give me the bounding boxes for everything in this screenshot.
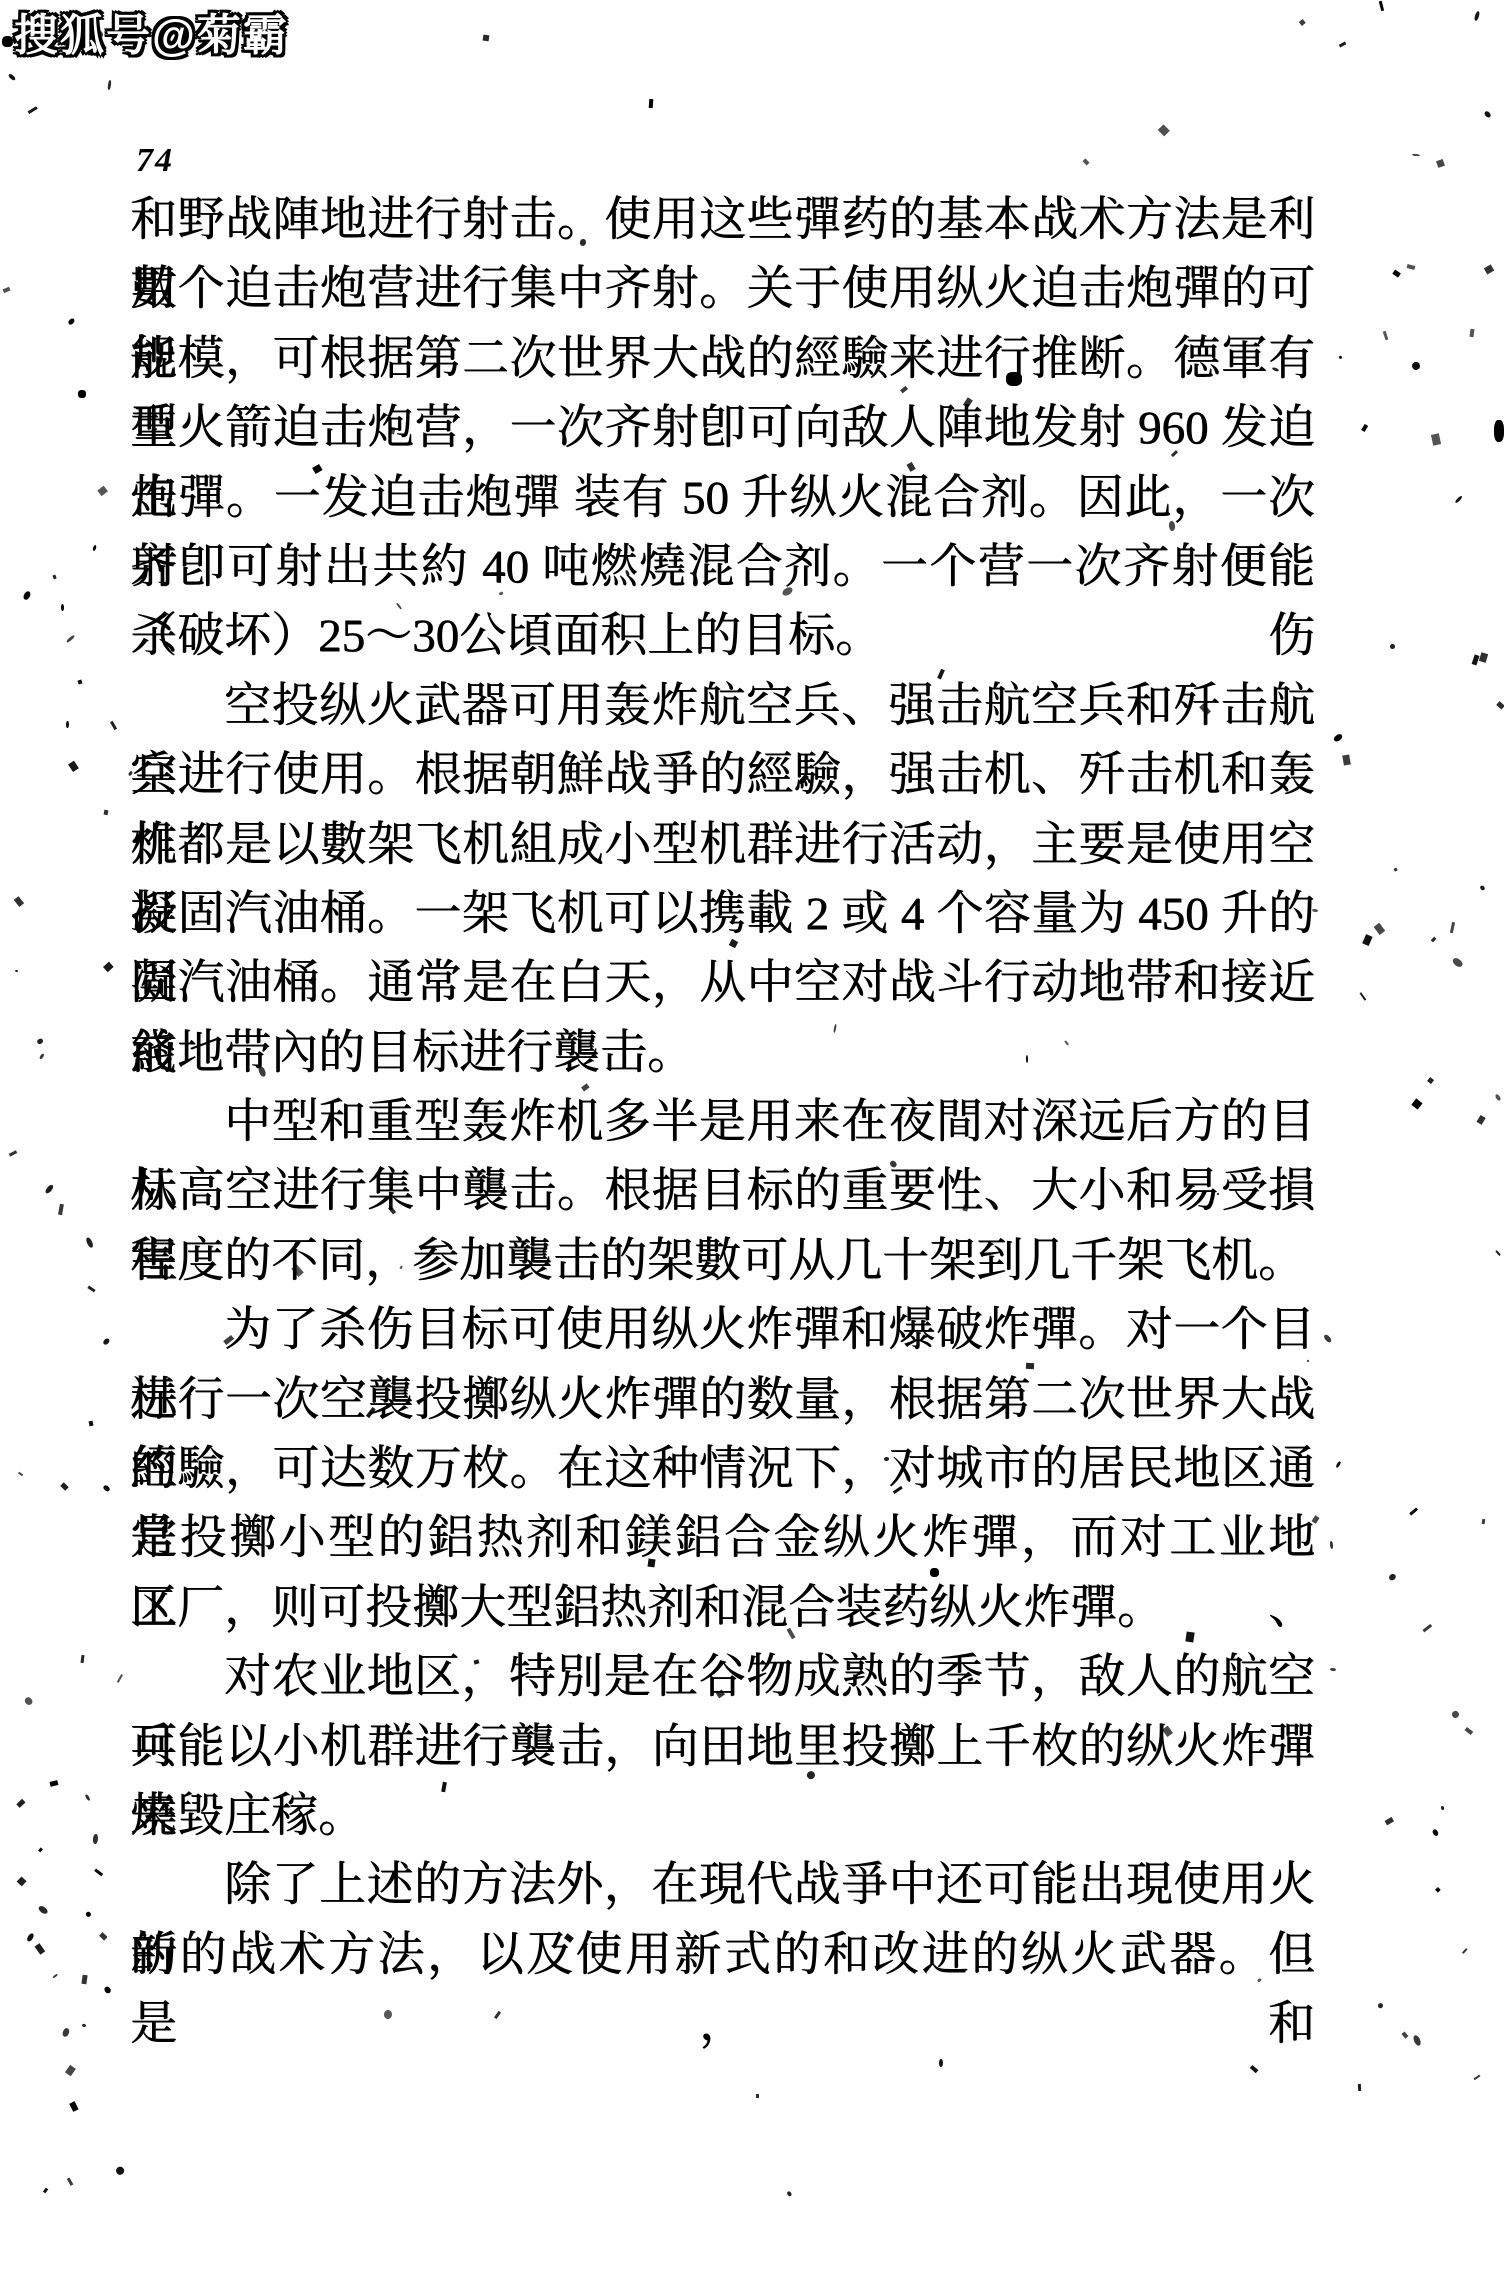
scan-speck [1379,1,1384,12]
scan-speck [52,575,56,579]
ink-blot [78,390,86,398]
scan-speck [103,962,113,972]
text-line: 炮彈。一发迫击炮彈 装有 50 升纵火混合剂。因此，一次齐 [130,464,1315,533]
scan-speck [80,1655,84,1664]
scan-speck [9,1150,17,1156]
text-line: 除了上述的方法外，在現代战爭中还可能出現使用火的 [130,1851,1315,1920]
scan-speck [39,1053,45,1059]
scan-speck [1495,1250,1501,1256]
scan-speck [1411,1098,1422,1109]
scan-speck [17,1877,27,1887]
scan-speck [1441,1806,1445,1810]
text-line: 綫地带內的目标进行襲击。 [130,1019,1315,1088]
scan-speck [1451,1710,1460,1719]
text-line: 新的战术方法，以及使用新式的和改进的纵火武器。但是，和 [130,1921,1315,1990]
scan-speck [1454,495,1463,504]
scan-speck [1330,1668,1336,1672]
scan-speck [1494,1093,1501,1101]
scan-speck [49,1780,58,1787]
page-number: 74 [136,142,174,180]
scan-speck [65,2065,76,2076]
scan-speck [1409,1507,1418,1515]
ink-blot [2,36,13,47]
scan-speck [92,545,97,552]
scan-speck [1385,1817,1394,1825]
scan-speck [1335,1461,1341,1468]
scan-speck [102,1484,110,1492]
scan-speck [1342,754,1351,765]
scan-speck [102,1337,111,1346]
scan-speck [1427,1077,1434,1084]
scan-speck [1158,125,1170,137]
scan-speck [66,721,69,728]
scan-speck [85,1911,92,1918]
scan-speck [43,2188,49,2194]
text-line: 燒毀庄稼。 [130,1782,1315,1851]
scan-speck [68,761,78,772]
scan-speck [67,2177,74,2185]
scan-speck [1479,885,1485,891]
scan-speck [89,1421,94,1427]
text-line: 进行一次空襲投擲纵火炸彈的数量，根据第二次世界大战的 [130,1366,1315,1435]
scan-speck [58,1204,64,1215]
scan-speck [1482,1519,1485,1524]
scan-speck [1250,2065,1259,2073]
scan-speck [78,680,83,685]
scan-speck [756,2094,759,2098]
scan-speck [1412,2034,1421,2046]
scan-speck [18,1472,23,1477]
scan-speck [1476,1115,1486,1125]
scan-speck [97,486,108,497]
scan-speck [1323,1333,1333,1343]
scan-speck [85,1236,94,1248]
scan-speck [1431,1828,1439,1837]
scan-speck [107,80,111,90]
scan-speck [483,35,490,42]
scan-speck [1431,937,1436,943]
scan-speck [939,2059,943,2067]
scan-speck [787,2191,793,2197]
scan-speck [44,1184,54,1194]
scan-speck [52,1973,58,1979]
scan-speck [23,1696,34,1707]
scan-speck [15,970,19,973]
scan-speck [1462,1948,1468,1954]
scan-speck [1479,652,1488,663]
text-line: 經驗，可达数万枚。在这种情況下，对城市的居民地区通常 [130,1435,1315,1504]
scan-speck [104,810,109,816]
scan-speck [22,590,31,600]
scan-speck [1358,2084,1362,2091]
scan-speck [1388,1572,1398,1582]
scan-speck [1361,424,1368,432]
scan-speck [1450,922,1455,933]
scan-speck [1472,654,1480,665]
scan-speck [1401,2031,1408,2038]
text-line: 规模，可根据第二次世界大战的經驗来进行推断。德軍有重 [130,325,1315,394]
scan-speck [27,106,37,114]
text-line: 从高空进行集中襲击。根据目标的重要性、大小和易受損害 [130,1157,1315,1226]
scan-speck [103,1985,112,1994]
scan-speck [1332,733,1343,743]
scan-speck [36,1038,43,1045]
scan-speck [1377,2002,1384,2009]
scan-speck [35,1943,46,1955]
scan-speck [67,317,76,326]
scan-speck [1394,867,1398,871]
scan-speck [117,1674,123,1683]
text-line: 对农业地区，特別是在谷物成熟的季节，敌人的航空兵 [130,1643,1315,1712]
scan-speck [1407,264,1415,269]
scan-speck [114,2165,125,2176]
scan-speck [1360,992,1367,1001]
scan-speck [1412,154,1420,157]
watermark: 搜狐号@菊霸 [14,12,289,60]
text-line: 为了杀伤目标可使用纵火炸彈和爆破炸彈。对一个目标 [130,1296,1315,1365]
scan-speck [1392,269,1401,277]
text-line: 空投纵火武器可用轰炸航空兵、强击航空兵和歼击航空 [130,672,1315,741]
scan-speck [1299,19,1305,26]
scan-speck [94,1869,103,1877]
scan-speck [1435,1887,1441,1893]
text-block: 和野战陣地进行射击。使用这些彈药的基本战术方法是利用數个迫击炮营进行集中齐射。关… [130,186,1315,1990]
scan-speck [1423,1624,1432,1632]
scan-speck [1383,331,1389,340]
scan-speck [1410,360,1421,371]
scan-speck [8,73,17,82]
scan-speck [1390,644,1395,649]
scan-speck [81,1975,87,1985]
scan-speck [1374,923,1385,935]
scan-speck [37,1905,48,1916]
scan-speck [1338,356,1342,360]
scan-speck [1339,42,1346,48]
scan-speck [26,1932,35,1942]
scan-speck [99,1932,107,1940]
scan-speck [66,634,76,643]
scan-speck [110,721,117,730]
scan-speck [38,1847,43,1852]
text-line: 和野战陣地进行射击。使用这些彈药的基本战术方法是利用 [130,186,1315,255]
scan-speck [14,896,25,907]
scan-speck [1451,956,1464,968]
scan-speck [1083,158,1090,165]
text-line: 射卽可射出共約 40 吨燃燒混合剂。一个营一次齐射便能杀伤 [130,533,1315,602]
scan-speck [1470,329,1475,337]
scan-speck [84,1794,91,1802]
scan-speck [16,1799,25,1808]
scan-speck [1474,2075,1481,2081]
text-line: 兵进行使用。根据朝鮮战爭的經驗，强击机、歼击机和轰炸 [130,741,1315,810]
text-line: 固汽油桶。通常是在白天，从中空对战斗行动地带和接近前 [130,949,1315,1018]
scanned-page: 搜狐号@菊霸 74 和野战陣地进行射击。使用这些彈药的基本战术方法是利用數个迫击… [0,0,1504,2288]
scan-speck [3,287,11,293]
scan-speck [60,1482,69,1491]
scan-speck [1483,110,1491,118]
text-line: 工厂，则可投擲大型鋁热剂和混合装药纵火炸彈。 [130,1574,1315,1643]
scan-speck [61,604,64,611]
scan-speck [1496,701,1504,710]
scan-speck [1431,433,1441,445]
text-line: 程度的不同，参加襲击的架數可从几十架到几千架飞机。 [130,1227,1315,1296]
text-line: 中型和重型轰炸机多半是用来在夜間对深远后方的目标 [130,1088,1315,1157]
scan-speck [1474,11,1481,22]
text-line: 是投擲小型的鋁热剂和鎂鋁合金纵火炸彈，而对工业地区、 [130,1504,1315,1573]
scan-speck [1330,1541,1334,1550]
text-line: 型火箭迫击炮营，一次齐射卽可向敌人陣地发射 960 发迫击 [130,394,1315,463]
text-line: 凝固汽油桶。一架飞机可以携載 2 或 4 个容量为 450 升的凝 [130,880,1315,949]
scan-speck [62,2027,71,2037]
scan-speck [649,99,654,108]
ink-blot [1494,420,1504,442]
scan-speck [69,2101,79,2112]
scan-speck [1465,1727,1473,1735]
scan-speck [93,1834,98,1844]
scan-speck [1362,934,1372,945]
scan-speck [1484,265,1494,275]
text-line: 可能以小机群进行襲击，向田地里投擲上千枚的纵火炸彈来 [130,1713,1315,1782]
text-line: 數个迫击炮营进行集中齐射。关于使用纵火迫击炮彈的可能 [130,255,1315,324]
scan-speck [1436,159,1445,168]
scan-speck [82,2024,87,2028]
scan-speck [87,1286,95,1293]
text-line: 机都是以數架飞机組成小型机群进行活动，主要是使用空投 [130,811,1315,880]
